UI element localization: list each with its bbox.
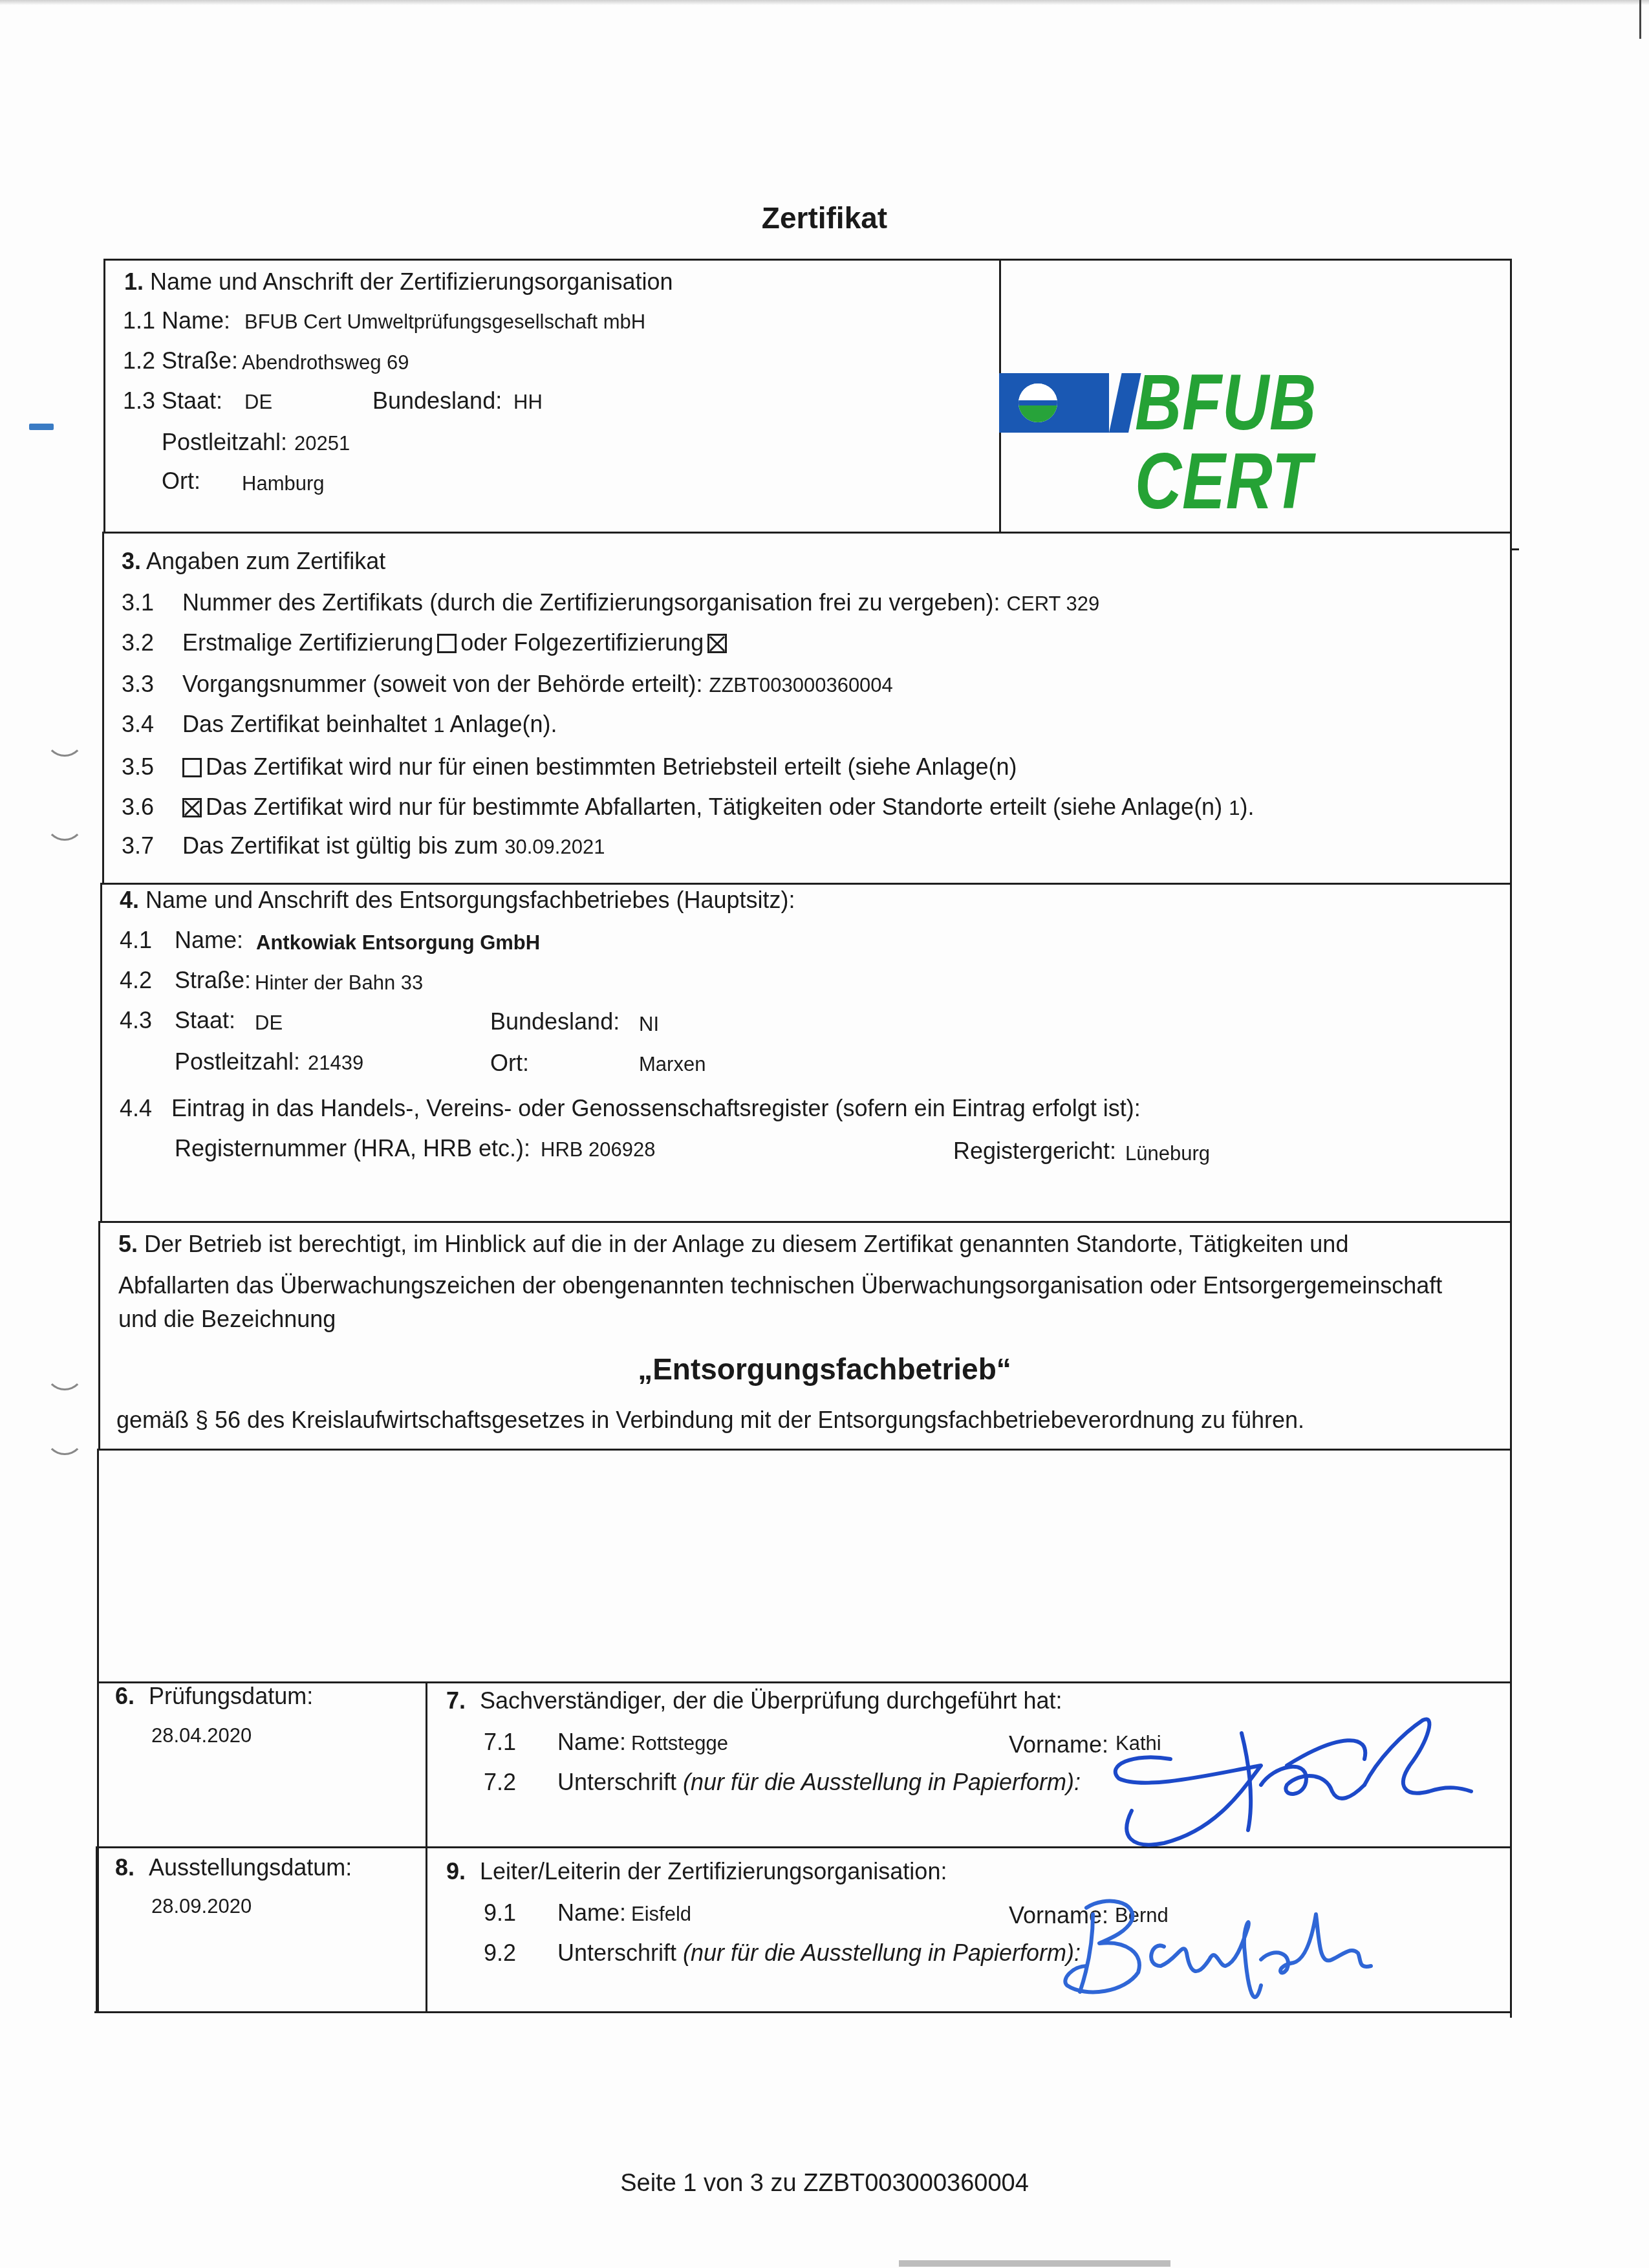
section5-line4: gemäß § 56 des Kreislaufwirtschaftsgeset… [116, 1409, 1304, 1432]
section6-heading: 6.Prüfungsdatum: [115, 1685, 313, 1708]
registernummer-label: Registernummer (HRA, HRB etc.): [175, 1137, 530, 1160]
divider [102, 532, 104, 884]
ausstellungsdatum-value: 28.09.2020 [151, 1896, 252, 1916]
scan-edge-top [0, 0, 1649, 5]
section8-heading: 8.Ausstellungsdatum: [115, 1856, 352, 1879]
section1-bundesland-label: Bundesland: [372, 389, 502, 413]
section7-heading: 7.Sachverständiger, der die Überprüfung … [446, 1689, 1062, 1712]
company-ort: Marxen [639, 1054, 706, 1074]
margin-mark [29, 424, 54, 430]
section1-heading: 1. Name und Anschrift der Zertifizierung… [124, 270, 673, 294]
scan-edge-right [1639, 0, 1641, 39]
page-footer: Seite 1 von 3 zu ZZBT003000360004 [0, 2170, 1649, 2198]
item-3-5: 3.5Das Zertifikat wird nur für einen bes… [122, 755, 1017, 779]
divider [102, 883, 1512, 885]
item-3-6: 3.6Das Zertifikat wird nur für bestimmte… [122, 795, 1254, 819]
bfub-cert-logo: BFUB CERT [999, 359, 1510, 449]
document-title: Zertifikat [0, 200, 1649, 235]
head-signature [1048, 1888, 1384, 2018]
section4-ort-label: Ort: [490, 1052, 529, 1075]
punch-hole [45, 718, 84, 757]
logo-globe-icon [1018, 383, 1057, 422]
abfallarten-checkbox[interactable] [182, 798, 202, 817]
section7-name-label: Name: [557, 1731, 626, 1754]
registernummer-value: HRB 206928 [541, 1139, 656, 1160]
divider [98, 1221, 100, 1451]
pruefungsdatum-value: 28.04.2020 [151, 1725, 252, 1745]
section4-bundesland-label: Bundesland: [490, 1010, 620, 1033]
section5-line2: Abfallarten das Überwachungszeichen der … [118, 1274, 1442, 1297]
company-state: DE [255, 1013, 283, 1033]
punch-hole [45, 1416, 84, 1455]
divider [100, 1221, 1512, 1223]
head-name: Eisfeld [631, 1904, 691, 1924]
section4-state-num: 4.3 [120, 1009, 152, 1032]
section7-sig-num: 7.2 [484, 1771, 516, 1794]
section4-street-label: Straße: [175, 969, 251, 992]
item-4-4: 4.4Eintrag in das Handels-, Vereins- ode… [120, 1097, 1141, 1120]
registergericht-label: Registergericht: [953, 1139, 1116, 1163]
section1-ort-label: Ort: [162, 470, 200, 493]
item-3-4: 3.4Das Zertifikat beinhaltet 1 Anlage(n)… [122, 713, 557, 736]
section4-heading: 4. Name und Anschrift des Entsorgungsfac… [120, 889, 795, 912]
section7-name-num: 7.1 [484, 1731, 516, 1754]
section3-heading: 3. Angaben zum Zertifikat [122, 550, 385, 573]
expert-signature [1093, 1694, 1481, 1863]
divider [103, 532, 1512, 534]
item-3-2: 3.2Erstmalige Zertifizierungoder Folgeze… [122, 631, 731, 654]
item-3-3: 3.3Vorgangsnummer (soweit von der Behörd… [122, 673, 893, 696]
section4-name-num: 4.1 [120, 929, 152, 952]
divider [96, 1846, 98, 2013]
company-plz: 21439 [308, 1053, 363, 1073]
divider [103, 259, 105, 534]
section9-sig-label: Unterschrift (nur für die Ausstellung in… [557, 1941, 1081, 1965]
section4-name-label: Name: [175, 929, 243, 952]
certifier-ort: Hamburg [242, 473, 325, 493]
divider [1510, 259, 1512, 2018]
section1-name-label: 1.1 Name: [123, 309, 230, 332]
section4-street-num: 4.2 [120, 969, 152, 992]
item-3-1: 3.1Nummer des Zertifikats (durch die Zer… [122, 591, 1099, 614]
item-3-7: 3.7Das Zertifikat ist gültig bis zum 30.… [122, 834, 605, 858]
logo-text: BFUB CERT [1135, 363, 1443, 521]
section5-line3: und die Bezeichnung [118, 1308, 336, 1331]
betriebsteil-checkbox[interactable] [182, 758, 202, 777]
certifier-name: BFUB Cert Umweltprüfungsgesellschaft mbH [244, 312, 645, 332]
erstmalige-checkbox[interactable] [437, 634, 457, 653]
certifier-plz: 20251 [294, 433, 350, 453]
certifier-state: DE [244, 392, 272, 412]
divider [100, 883, 102, 1222]
section9-name-num: 9.1 [484, 1901, 516, 1925]
section4-plz-label: Postleitzahl: [175, 1050, 300, 1074]
section1-plz-label: Postleitzahl: [162, 431, 287, 454]
registergericht-value: Lüneburg [1125, 1143, 1210, 1163]
section1-street-label: 1.2 Straße: [123, 349, 238, 373]
section4-state-label: Staat: [175, 1009, 235, 1032]
divider [103, 259, 1512, 261]
company-bundesland: NI [639, 1014, 659, 1034]
certifier-bundesland: HH [513, 392, 543, 412]
folgezertifizierung-checkbox[interactable] [707, 634, 727, 653]
divider [1510, 548, 1519, 550]
section9-name-label: Name: [557, 1901, 626, 1925]
expert-name: Rottstegge [631, 1733, 728, 1753]
section9-heading: 9.Leiter/Leiterin der Zertifizierungsorg… [446, 1860, 947, 1883]
divider [98, 1449, 1512, 1451]
company-name: Antkowiak Entsorgung GmbH [256, 933, 540, 953]
designation-title: „Entsorgungsfachbetrieb“ [0, 1352, 1649, 1387]
section9-sig-num: 9.2 [484, 1941, 516, 1965]
certifier-street: Abendrothsweg 69 [242, 352, 409, 373]
punch-hole [45, 802, 84, 841]
company-street: Hinter der Bahn 33 [255, 973, 423, 993]
section7-sig-label: Unterschrift (nur für die Ausstellung in… [557, 1771, 1081, 1794]
scan-edge-bottom [899, 2260, 1170, 2267]
section1-state-label: 1.3 Staat: [123, 389, 222, 413]
section5-line1: 5. Der Betrieb ist berechtigt, im Hinbli… [118, 1233, 1348, 1256]
